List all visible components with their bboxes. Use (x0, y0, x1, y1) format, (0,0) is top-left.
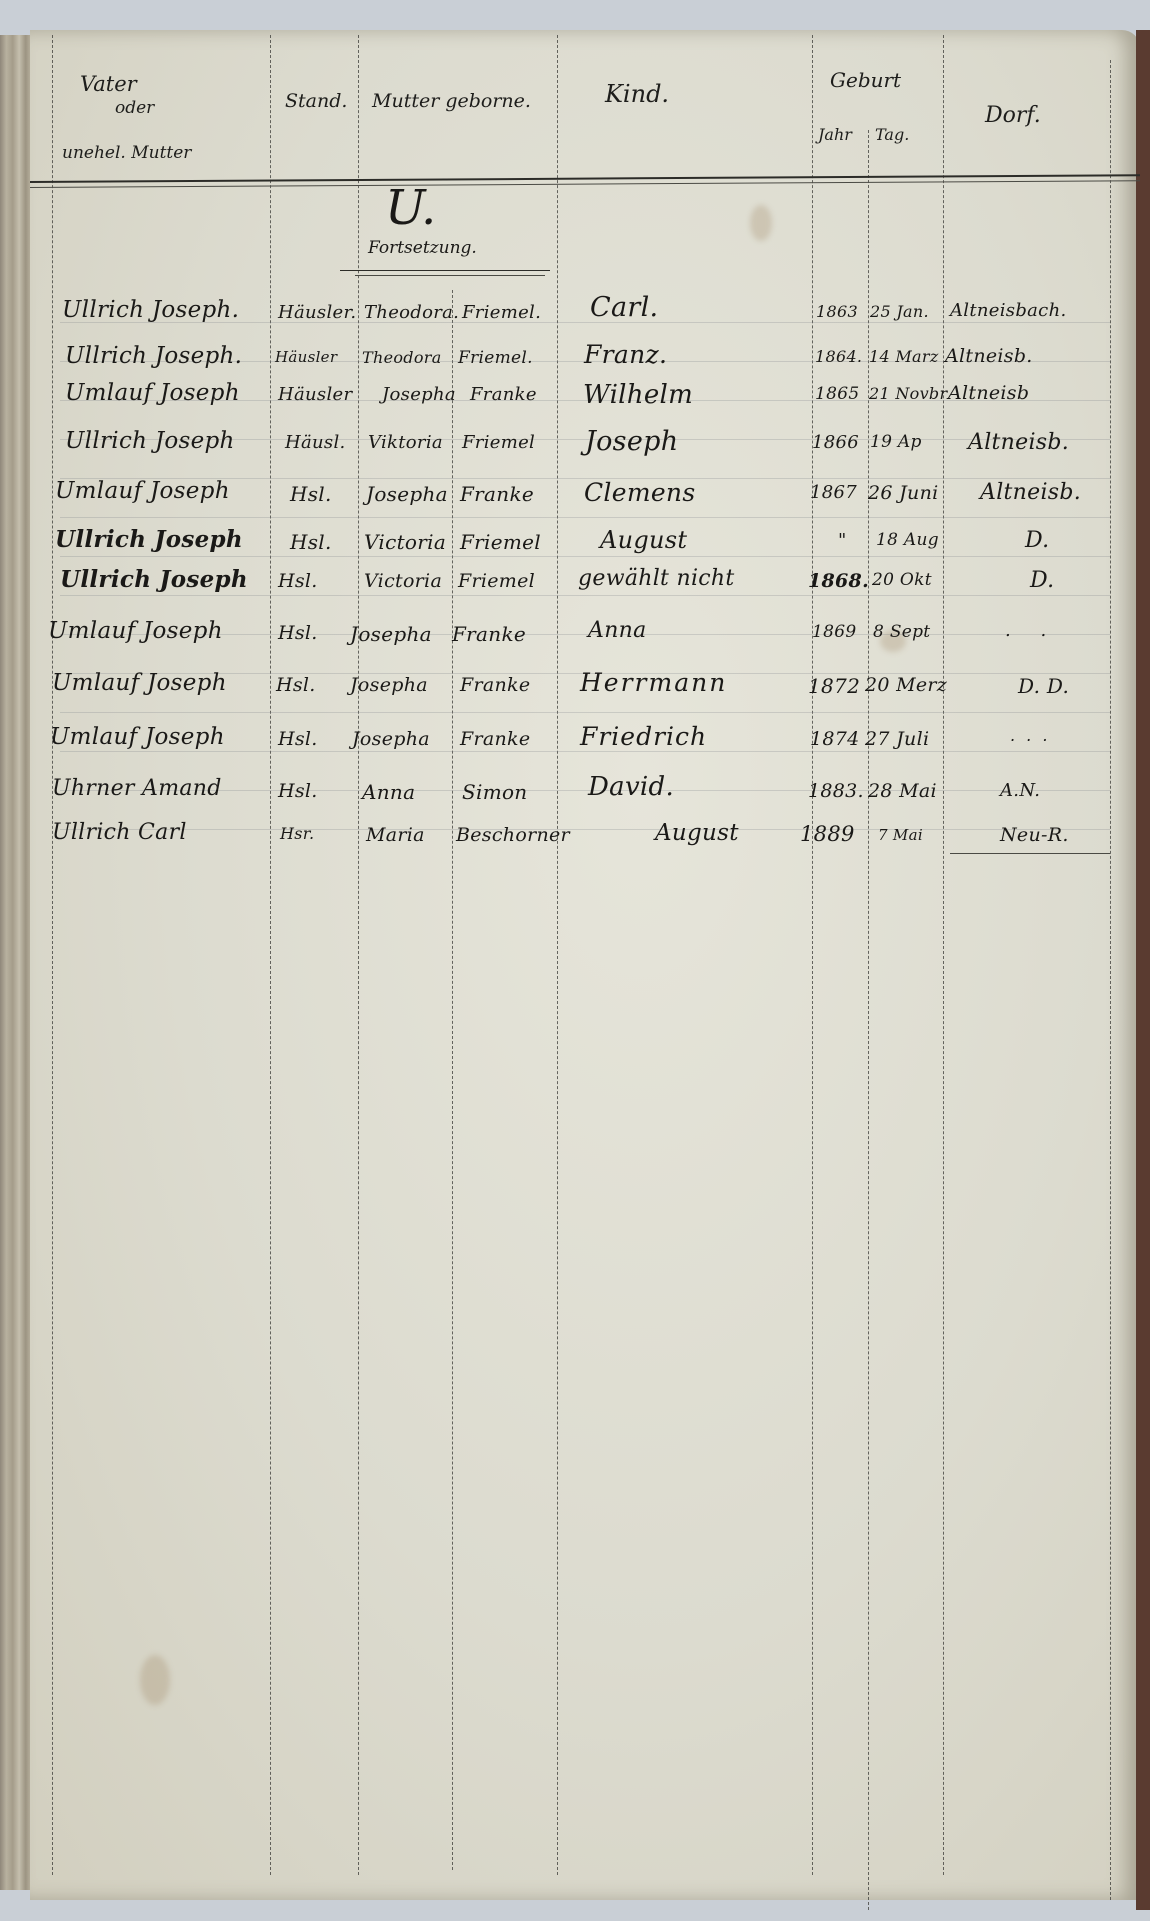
mother-first-cell: Josepha (350, 674, 428, 696)
father-cell: Ullrich Joseph. (65, 343, 242, 369)
section-subtitle: Fortsetzung. (368, 238, 477, 258)
mother-first-cell: Maria (366, 824, 425, 846)
header-stand: Stand. (285, 90, 347, 112)
father-cell: Ullrich Carl (52, 820, 187, 845)
father-cell: Ullrich Joseph (60, 566, 248, 593)
section-underline-2 (355, 275, 545, 276)
day-cell: 25 Jan. (870, 302, 929, 321)
mother-last-cell: Franke (452, 622, 526, 646)
village-cell: . . . (1010, 726, 1050, 745)
father-cell: Uhrner Amand (52, 776, 222, 801)
day-cell: 7 Mai (878, 826, 923, 844)
column-line-margin (52, 35, 53, 1875)
village-cell: Altneisbach. (950, 300, 1066, 321)
mother-first-cell: Anna (362, 780, 415, 804)
child-cell: David. (588, 772, 674, 802)
child-cell: Anna (588, 618, 647, 643)
child-cell: Franz. (584, 340, 667, 369)
stand-cell: Hsl. (278, 780, 318, 802)
father-cell: Umlauf Joseph (65, 380, 240, 406)
mother-last-cell: Friemel. (458, 348, 533, 368)
mother-first-cell: Josepha (352, 728, 430, 750)
child-cell: Friedrich (580, 722, 707, 751)
column-line-father-stand (270, 35, 271, 1875)
day-cell: 26 Juni (868, 482, 938, 504)
village-cell: A.N. (1000, 780, 1040, 801)
stand-cell: Hsl. (290, 482, 332, 506)
child-cell: gewählt nicht (578, 566, 735, 591)
ruled-line (60, 829, 1110, 830)
mother-first-cell: Josepha (366, 482, 448, 506)
header-child: Kind. (605, 80, 669, 108)
mother-first-cell: Josepha (350, 622, 432, 646)
stand-cell: Hsl. (278, 570, 318, 592)
paper-stain (750, 205, 772, 241)
column-line-mother-split (452, 290, 453, 1870)
header-father-line1: Vater (80, 72, 137, 96)
village-cell: Altneisb. (968, 430, 1069, 455)
village-cell: . . (1005, 620, 1058, 641)
year-cell: 1867 (810, 482, 857, 503)
mother-first-cell: Victoria (364, 530, 446, 554)
father-cell: Ullrich Joseph. (62, 297, 239, 323)
column-line-mother-child (557, 35, 558, 1875)
stand-cell: Hsr. (280, 824, 314, 843)
mother-last-cell: Friemel (458, 570, 535, 592)
stand-cell: Hsl. (290, 530, 332, 554)
father-cell: Umlauf Joseph (52, 670, 227, 696)
column-line-day-village (943, 35, 944, 1875)
section-underline (340, 270, 550, 271)
village-cell: Altneisb. (945, 345, 1033, 367)
child-cell: Herrmann (580, 668, 727, 697)
stand-cell: Hsl. (276, 674, 316, 696)
village-cell: D. D. (1018, 674, 1069, 698)
section-letter: U. (385, 180, 436, 236)
column-line-right (1110, 60, 1111, 1900)
child-cell: Wilhelm (583, 380, 693, 410)
year-cell: 1864. (815, 347, 862, 366)
stand-cell: Häusl. (285, 432, 346, 453)
ruled-line (60, 517, 1110, 518)
header-born: Geburt (830, 68, 901, 92)
row-end-rule (950, 853, 1110, 854)
day-cell: 18 Aug (876, 530, 939, 550)
day-cell: 27 Juli (865, 728, 929, 750)
father-cell: Umlauf Joseph (50, 724, 225, 750)
child-cell: Clemens (584, 478, 695, 507)
village-cell: Altneisb. (980, 480, 1081, 505)
mother-last-cell: Franke (470, 384, 537, 405)
child-cell: August (655, 820, 739, 846)
header-year: Jahr (818, 125, 852, 144)
stand-cell: Häusler (278, 384, 352, 405)
header-village: Dorf. (985, 103, 1041, 128)
mother-first-cell: Victoria (364, 570, 442, 592)
stand-cell: Häusler (275, 348, 337, 366)
child-cell: Carl. (590, 292, 658, 323)
header-father-line2: oder (115, 98, 154, 118)
mother-first-cell: Josepha (382, 384, 456, 405)
book-cover-edge (1136, 30, 1150, 1910)
mother-first-cell: Viktoria (368, 432, 443, 453)
year-cell: 1883. (808, 780, 864, 802)
day-cell: 8 Sept (873, 622, 930, 642)
year-cell: 1872 (808, 674, 860, 698)
year-cell: 1868. (808, 570, 869, 592)
mother-last-cell: Franke (460, 728, 530, 750)
village-cell: D. (1025, 528, 1049, 553)
mother-last-cell: Friemel. (462, 302, 541, 323)
child-cell: August (600, 526, 687, 554)
year-cell: 1865 (815, 384, 859, 404)
ruled-line (60, 751, 1110, 752)
father-cell: Umlauf Joseph (48, 618, 223, 644)
father-cell: Ullrich Joseph (55, 526, 243, 553)
day-cell: 21 Novbr (869, 384, 947, 403)
ruled-line (60, 712, 1110, 713)
village-cell: Altneisb (948, 382, 1029, 404)
ruled-line (60, 556, 1110, 557)
mother-last-cell: Franke (460, 482, 534, 506)
header-father-line3: unehel. Mutter (62, 143, 191, 163)
mother-last-cell: Friemel (460, 530, 541, 554)
day-cell: 19 Ap (870, 432, 922, 452)
stand-cell: Hsl. (278, 728, 318, 750)
village-cell: D. (1030, 568, 1054, 593)
book-page-edges (0, 35, 32, 1890)
day-cell: 20 Merz (865, 674, 947, 696)
header-mother: Mutter geborne. (372, 90, 531, 112)
year-cell: 1869 (812, 622, 856, 642)
header-day: Tag. (875, 125, 909, 144)
father-cell: Ullrich Joseph (65, 428, 235, 454)
stand-cell: Hsl. (278, 622, 318, 644)
year-cell: " (838, 530, 847, 551)
day-cell: 20 Okt (872, 570, 932, 590)
mother-last-cell: Friemel (462, 432, 535, 453)
mother-last-cell: Franke (460, 674, 530, 696)
village-cell: Neu-R. (1000, 824, 1069, 846)
year-cell: 1889 (800, 822, 855, 846)
ruled-line (60, 595, 1110, 596)
year-cell: 1866 (812, 432, 859, 453)
mother-first-cell: Theodora. (364, 302, 459, 323)
column-line-stand-mother (358, 35, 359, 1875)
child-cell: Joseph (585, 426, 678, 457)
father-cell: Umlauf Joseph (55, 478, 230, 504)
day-cell: 14 Marz (869, 347, 939, 366)
paper-stain (140, 1655, 170, 1705)
year-cell: 1863 (816, 302, 858, 321)
day-cell: 28 Mai (868, 780, 937, 802)
column-line-child-year (812, 35, 813, 1875)
year-cell: 1874 (810, 728, 860, 750)
mother-last-cell: Simon (462, 780, 527, 804)
mother-first-cell: Theodora (362, 348, 442, 367)
stand-cell: Häusler. (278, 302, 356, 323)
mother-last-cell: Beschorner (456, 824, 570, 846)
